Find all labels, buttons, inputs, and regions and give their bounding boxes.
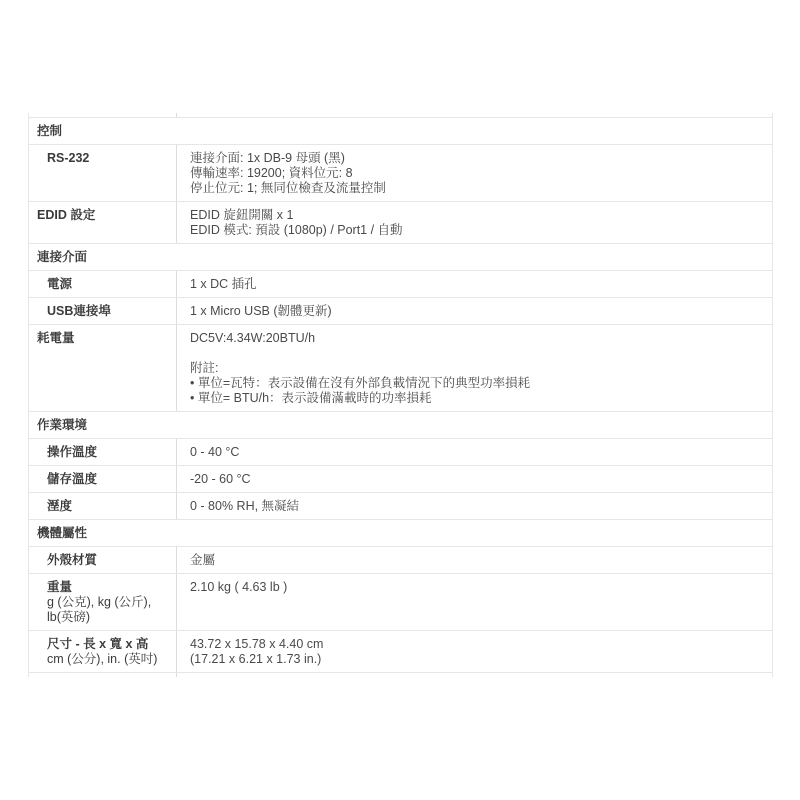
spec-value-line: 2.10 kg ( 4.63 lb ) [190, 580, 762, 595]
spec-row: USB連接埠1 x Micro USB (韌體更新) [29, 298, 772, 325]
spec-row: EDID 設定EDID 旋鈕開關 x 1EDID 模式: 預設 (1080p) … [29, 202, 772, 244]
spec-row: 耗電量DC5V:4.34W:20BTU/h附註:• 單位=瓦特：表示設備在沒有外… [29, 325, 772, 412]
section-title: 連接介面 [29, 244, 95, 270]
spec-value-cell: 金屬 [177, 547, 772, 573]
spec-value-cell: 0 - 80% RH, 無凝結 [177, 493, 772, 519]
section-header-row: 機體屬性 [29, 520, 772, 547]
spec-value-line: DC5V:4.34W:20BTU/h [190, 331, 762, 346]
section-title: 控制 [29, 118, 70, 144]
spec-label: USB連接埠 [47, 304, 170, 319]
spec-label: 溼度 [47, 499, 170, 514]
spec-label-cell: 操作溫度 [29, 439, 177, 465]
spec-value-cell: -20 - 60 °C [177, 466, 772, 492]
clipped-row-bottom [29, 673, 772, 677]
spec-value-line: 停止位元: 1; 無同位檢查及流量控制 [190, 181, 762, 196]
spec-value-line [190, 346, 762, 361]
spec-label-cell: 尺寸 - 長 x 寬 x 高cm (公分), in. (英吋) [29, 631, 177, 672]
spec-row: RS-232連接介面: 1x DB-9 母頭 (黑)傳輸速率: 19200; 資… [29, 145, 772, 202]
spec-value-line: 1 x Micro USB (韌體更新) [190, 304, 762, 319]
spec-label: RS-232 [47, 151, 170, 166]
section-title: 機體屬性 [29, 520, 95, 546]
spec-value-cell: EDID 旋鈕開關 x 1EDID 模式: 預設 (1080p) / Port1… [177, 202, 772, 243]
spec-value-cell: 連接介面: 1x DB-9 母頭 (黑)傳輸速率: 19200; 資料位元: 8… [177, 145, 772, 201]
spec-value-cell: 2.10 kg ( 4.63 lb ) [177, 574, 772, 630]
spec-row: 重量g (公克), kg (公斤), lb(英磅)2.10 kg ( 4.63 … [29, 574, 772, 631]
spec-value-line: 0 - 80% RH, 無凝結 [190, 499, 762, 514]
spec-label: 操作溫度 [47, 445, 170, 460]
spec-label: 儲存溫度 [47, 472, 170, 487]
section-header-row: 作業環境 [29, 412, 772, 439]
spec-label-cell: 電源 [29, 271, 177, 297]
spec-label-units: g (公克), kg (公斤), lb(英磅) [47, 595, 170, 625]
spec-row: 儲存溫度-20 - 60 °C [29, 466, 772, 493]
spec-value-line: 43.72 x 15.78 x 4.40 cm [190, 637, 762, 652]
section-header-row: 控制 [29, 118, 772, 145]
spec-value-line: 0 - 40 °C [190, 445, 762, 460]
spec-value-line: 附註: [190, 361, 762, 376]
spec-label-cell: 外殼材質 [29, 547, 177, 573]
clipped-value-cell [177, 673, 772, 677]
spec-label-cell: 儲存溫度 [29, 466, 177, 492]
spec-label-cell: EDID 設定 [29, 202, 177, 243]
spec-label: 尺寸 - 長 x 寬 x 高 [47, 637, 170, 652]
spec-row: 操作溫度0 - 40 °C [29, 439, 772, 466]
spec-value-cell: DC5V:4.34W:20BTU/h附註:• 單位=瓦特：表示設備在沒有外部負載… [177, 325, 772, 411]
spec-label: 耗電量 [37, 331, 170, 346]
spec-value-line: (17.21 x 6.21 x 1.73 in.) [190, 652, 762, 667]
spec-value-line: 金屬 [190, 553, 762, 568]
spec-table: 控制RS-232連接介面: 1x DB-9 母頭 (黑)傳輸速率: 19200;… [28, 113, 773, 677]
clipped-label-cell [29, 673, 177, 677]
spec-value-line: 傳輸速率: 19200; 資料位元: 8 [190, 166, 762, 181]
spec-label-units: cm (公分), in. (英吋) [47, 652, 170, 667]
spec-value-cell: 1 x Micro USB (韌體更新) [177, 298, 772, 324]
spec-row: 外殼材質金屬 [29, 547, 772, 574]
spec-label: 電源 [47, 277, 170, 292]
spec-label: 外殼材質 [47, 553, 170, 568]
spec-value-line: -20 - 60 °C [190, 472, 762, 487]
spec-row: 電源1 x DC 插孔 [29, 271, 772, 298]
spec-value-cell: 43.72 x 15.78 x 4.40 cm(17.21 x 6.21 x 1… [177, 631, 772, 672]
spec-label-cell: 耗電量 [29, 325, 177, 411]
clipped-value-cell [177, 113, 772, 117]
spec-label-cell: 重量g (公克), kg (公斤), lb(英磅) [29, 574, 177, 630]
spec-label: EDID 設定 [37, 208, 170, 223]
clipped-label-cell [29, 113, 177, 117]
spec-value-cell: 1 x DC 插孔 [177, 271, 772, 297]
spec-label-cell: 溼度 [29, 493, 177, 519]
spec-label: 重量 [47, 580, 170, 595]
section-title: 作業環境 [29, 412, 95, 438]
spec-value-line: 連接介面: 1x DB-9 母頭 (黑) [190, 151, 762, 166]
spec-value-line: EDID 旋鈕開關 x 1 [190, 208, 762, 223]
spec-row: 尺寸 - 長 x 寬 x 高cm (公分), in. (英吋)43.72 x 1… [29, 631, 772, 673]
spec-value-line: 1 x DC 插孔 [190, 277, 762, 292]
spec-row: 溼度0 - 80% RH, 無凝結 [29, 493, 772, 520]
spec-value-line: EDID 模式: 預設 (1080p) / Port1 / 自動 [190, 223, 762, 238]
section-header-row: 連接介面 [29, 244, 772, 271]
spec-label-cell: RS-232 [29, 145, 177, 201]
spec-value-cell: 0 - 40 °C [177, 439, 772, 465]
spec-value-line: • 單位=瓦特：表示設備在沒有外部負載情況下的典型功率損耗 [190, 376, 762, 391]
spec-label-cell: USB連接埠 [29, 298, 177, 324]
spec-value-line: • 單位= BTU/h：表示設備滿載時的功率損耗 [190, 391, 762, 406]
